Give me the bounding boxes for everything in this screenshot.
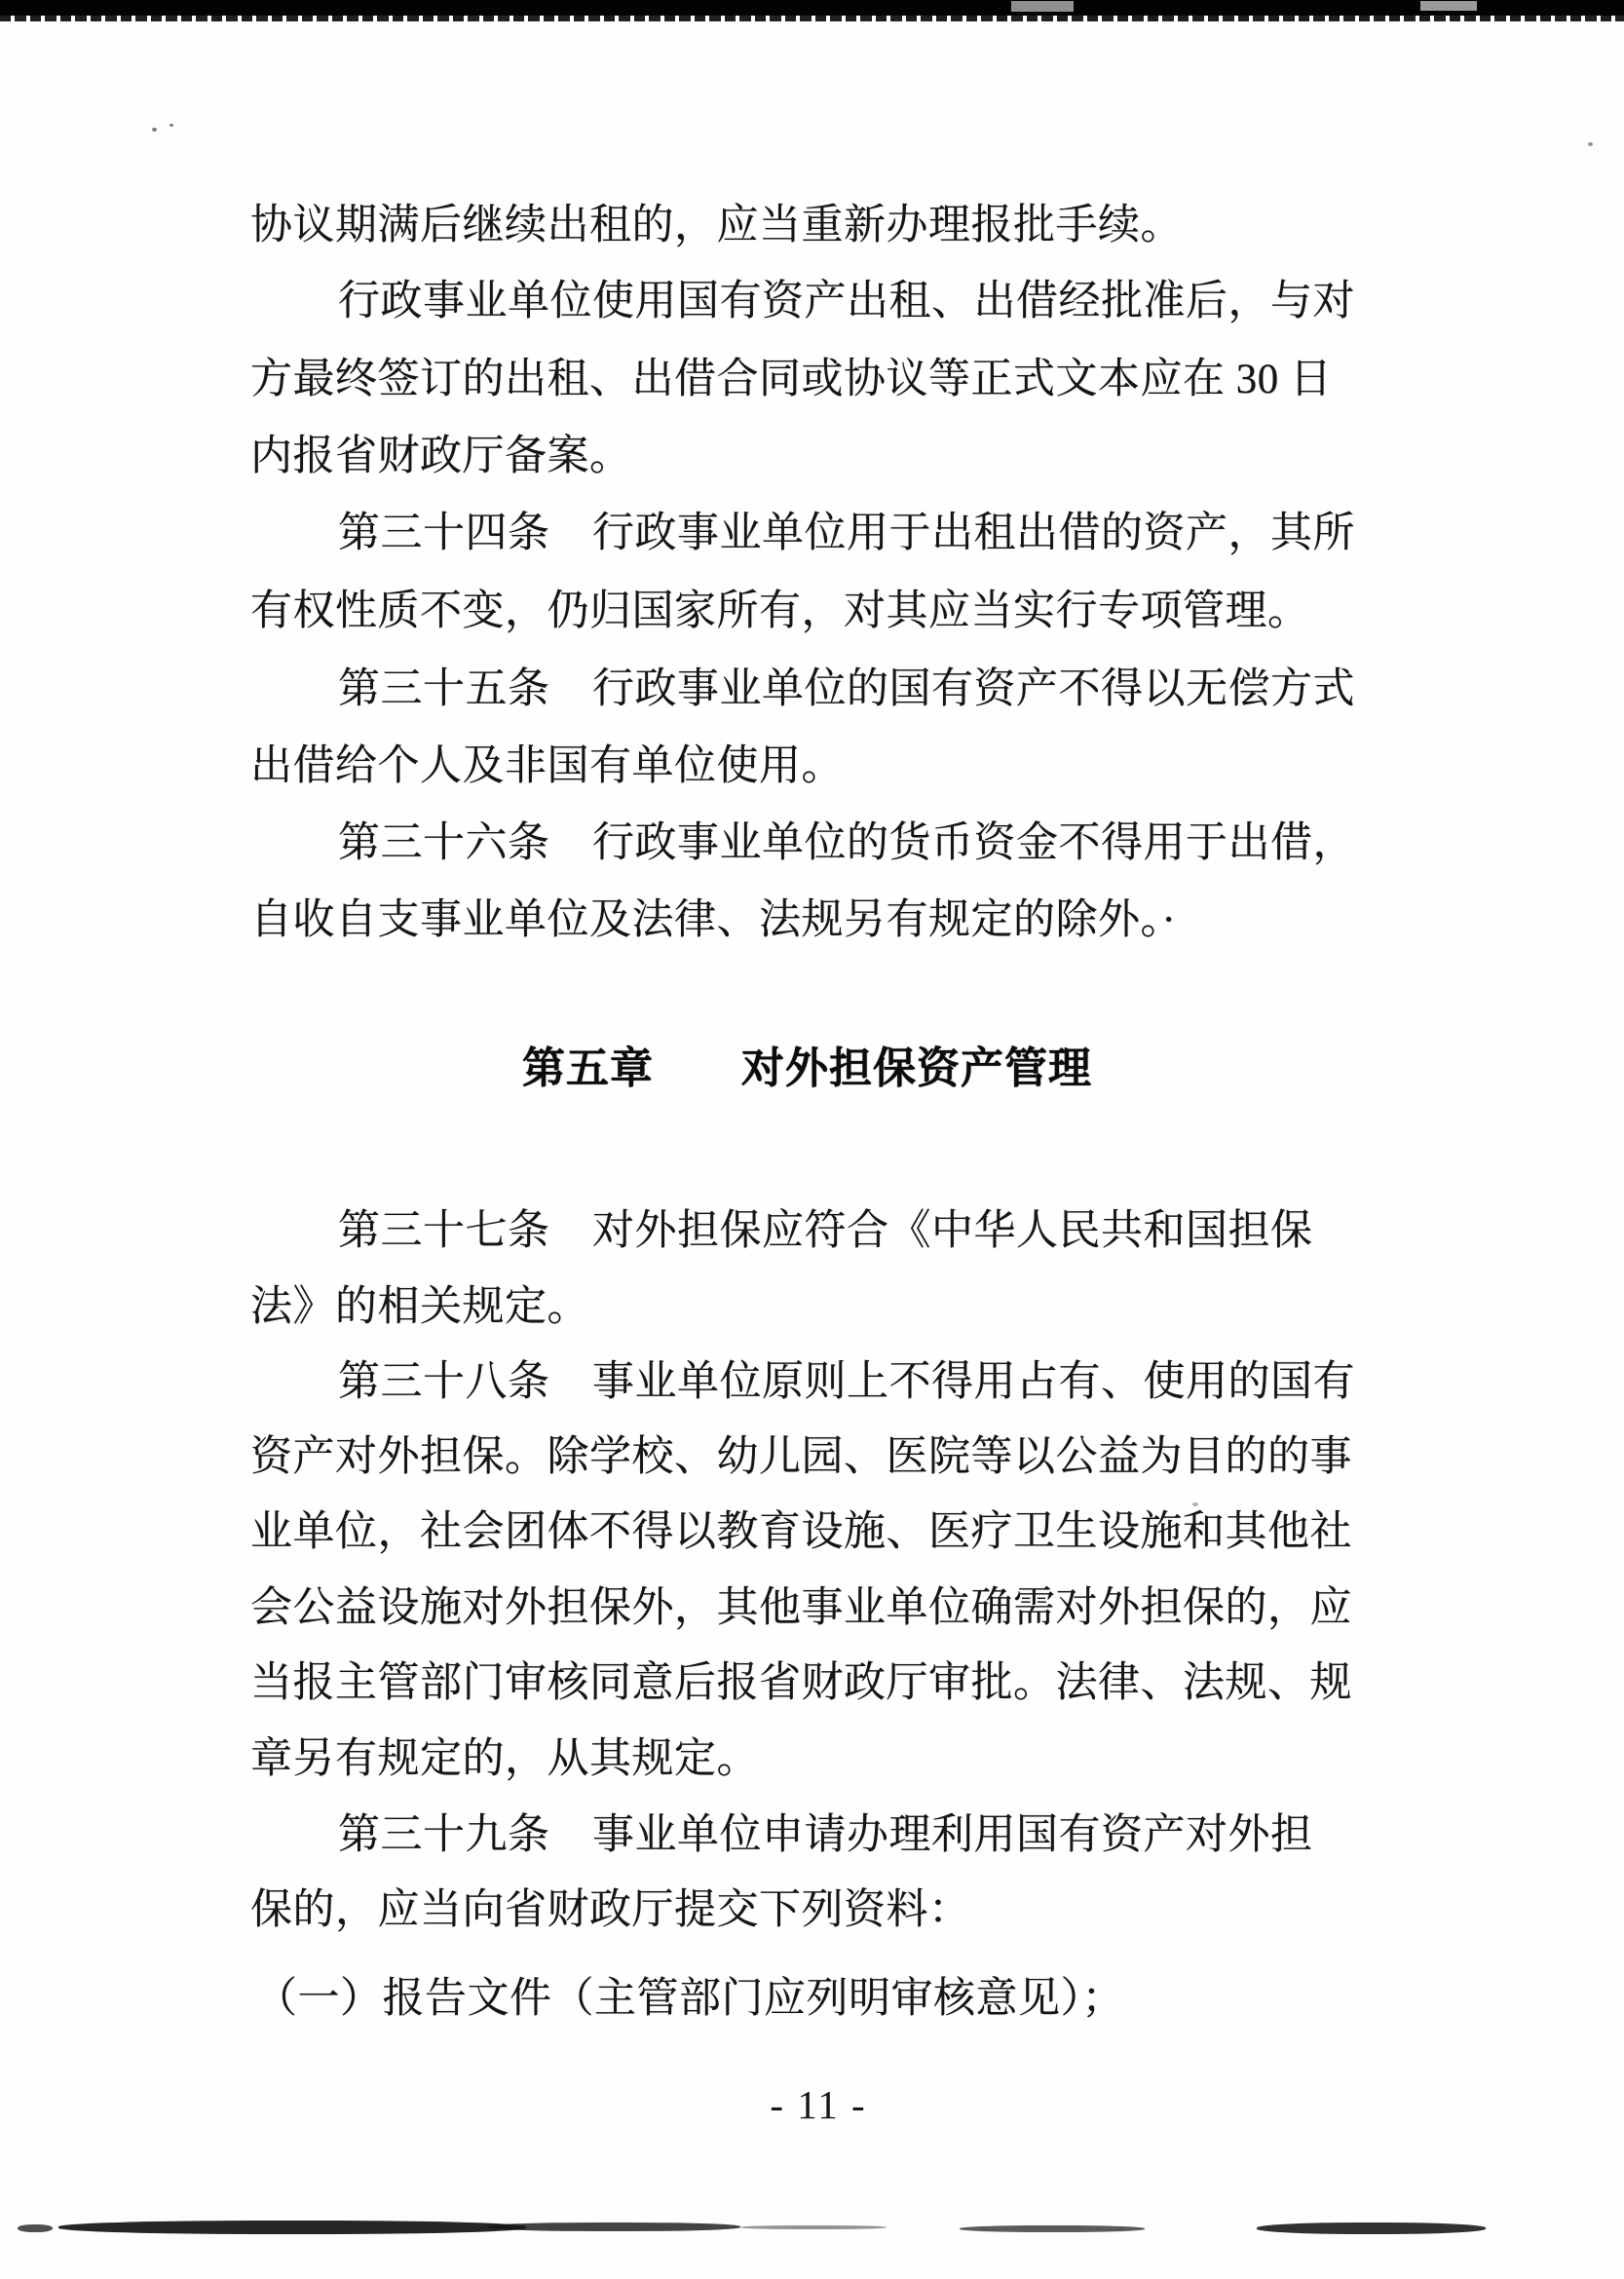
text-line: 会公益设施对外担保外，其他事业单位确需对外担保的，应 <box>250 1585 1352 1631</box>
text-line: （一）报告文件（主管部门应列明审核意见）； <box>255 1976 1124 2022</box>
scan-artifact-top-bar <box>0 0 1624 16</box>
scan-artifact-top-bar-gap <box>1420 1 1477 11</box>
scan-artifact-top-bar-ragged-edge <box>0 15 1624 21</box>
chapter-heading: 第五章 对外担保资产管理 <box>522 1045 1092 1092</box>
scan-artifact-top-bar-gap <box>1011 1 1074 12</box>
text-line: 第三十五条 行政事业单位的国有资产不得以无偿方式 <box>338 666 1355 712</box>
text-line: 章另有规定的，从其规定。 <box>250 1736 759 1782</box>
scan-artifact-bottom-streak <box>1257 2222 1486 2234</box>
scan-artifact-bottom-streak <box>487 2222 740 2231</box>
text-line: 行政事业单位使用国有资产出租、出借经批准后，与对 <box>338 279 1355 324</box>
text-line: 出借给个人及非国有单位使用。 <box>250 743 844 789</box>
text-line: 第三十九条 事业单位申请办理利用国有资产对外担 <box>338 1812 1313 1858</box>
scan-artifact-speck <box>1192 1502 1198 1506</box>
text-line: 自收自支事业单位及法律、法规另有规定的除外。· <box>250 897 1176 943</box>
text-line: 法》的相关规定。 <box>250 1284 589 1330</box>
text-line: 资产对外担保。除学校、幼儿园、医院等以公益为目的的事 <box>250 1434 1352 1480</box>
text-line: 第三十八条 事业单位原则上不得用占有、使用的国有 <box>338 1359 1355 1405</box>
document-page: 协议期满后继续出租的，应当重新办理报批手续。行政事业单位使用国有资产出租、出借经… <box>0 0 1624 2279</box>
text-line: 第三十六条 行政事业单位的货币资金不得用于出借， <box>338 820 1355 866</box>
text-line: 第三十四条 行政事业单位用于出租出借的资产，其所 <box>338 511 1355 556</box>
text-line: 保的，应当向省财政厅提交下列资料： <box>250 1887 971 1933</box>
scan-artifact-speck <box>1588 142 1593 146</box>
text-line: 有权性质不变，仍归国家所有，对其应当实行专项管理。 <box>250 589 1310 634</box>
text-line: 内报省财政厅备案。 <box>250 434 632 479</box>
scan-artifact-bottom-streak <box>18 2224 53 2232</box>
scan-artifact-bottom-streak <box>960 2225 1145 2232</box>
text-line: 方最终签订的出租、出借合同或协议等正式文本应在 30 日 <box>250 357 1333 402</box>
scan-artifact-speck <box>170 124 173 127</box>
text-line: 业单位，社会团体不得以教育设施、医疗卫生设施和其他社 <box>250 1509 1352 1555</box>
scan-artifact-bottom-streak <box>740 2225 887 2229</box>
text-line: 第三十七条 对外担保应符合《中华人民共和国担保 <box>338 1208 1313 1254</box>
text-line: 协议期满后继续出租的，应当重新办理报批手续。 <box>250 203 1183 248</box>
scan-artifact-bottom-streak <box>58 2221 526 2234</box>
text-line: 当报主管部门审核同意后报省财政厅审批。法律、法规、规 <box>250 1660 1352 1706</box>
page-number: - 11 - <box>740 2081 896 2128</box>
scan-artifact-speck <box>152 128 157 132</box>
